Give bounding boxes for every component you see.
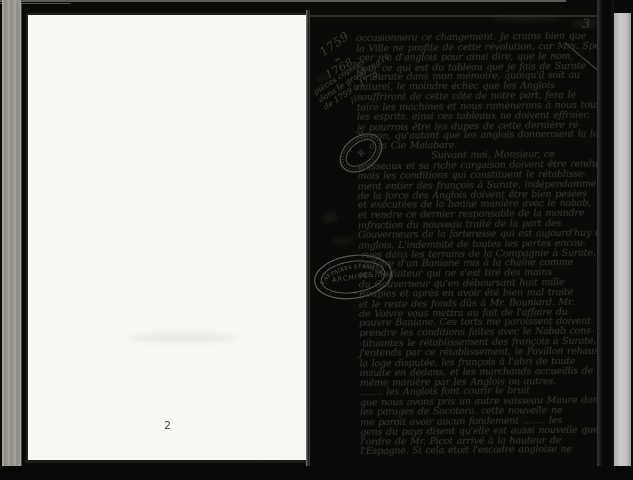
- manuscript-text-block: occasionnera ce changement. Je crains bi…: [356, 31, 602, 457]
- book-binding-edge: [597, 0, 614, 480]
- manuscript-line: l'ordre de Mr. Picot arrivé à la hauteur…: [360, 435, 602, 447]
- left-page-number: 2: [164, 419, 171, 432]
- scanner-top-edge: [0, 0, 566, 2]
- ink-smudge: [490, 15, 560, 22]
- manuscript-book-scan: 2 3 1759 = 1768. pièces copiéesdans le g…: [0, 0, 633, 480]
- manuscript-line: même manière par les Anglois ou autres.: [360, 376, 602, 388]
- ink-smudge: [322, 213, 338, 223]
- paper-smudge: [128, 333, 238, 343]
- ink-smudge: [332, 237, 354, 245]
- scanner-right-strip: [614, 13, 631, 474]
- right-page: 3 1759 = 1768. pièces copiéesdans le gra…: [310, 15, 600, 463]
- scanner-left-strip: [2, 0, 22, 471]
- left-page: 2: [26, 13, 306, 463]
- scan-bottom-border: [0, 466, 633, 480]
